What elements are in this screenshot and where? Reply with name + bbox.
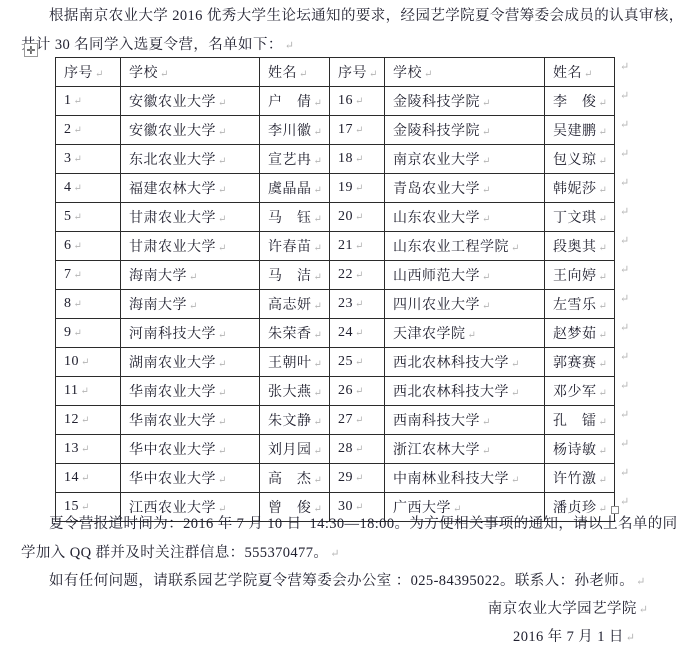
paragraph-mark: ↵: [330, 548, 339, 560]
row-end-mark: ↵: [615, 87, 639, 116]
table-cell: 11↵: [56, 377, 121, 406]
table-cell: 山西师范大学↵: [385, 261, 545, 290]
row-end-mark: ↵: [615, 435, 639, 464]
table-cell: 3↵: [56, 145, 121, 174]
row-end-mark: ↵: [615, 203, 639, 232]
cell-end-mark: ↵: [482, 185, 491, 196]
table-move-handle[interactable]: ✛: [24, 43, 38, 57]
cell-end-mark: ↵: [599, 214, 608, 225]
cell-end-mark: ↵: [74, 299, 83, 310]
table-cell: 华南农业大学↵: [121, 377, 260, 406]
table-cell: 22↵: [330, 261, 385, 290]
paragraph-mark: ↵: [626, 632, 635, 644]
table-row: 3↵东北农业大学↵宣艺冉↵18↵南京农业大学↵包义琼↵↵: [56, 145, 639, 174]
table-cell: 华中农业大学↵: [121, 435, 260, 464]
table-cell: 邓少军↵: [545, 377, 615, 406]
table-cell: 姓名↵: [545, 58, 615, 87]
row-end-mark: ↵: [615, 116, 639, 145]
table-cell: 虞晶晶↵: [260, 174, 330, 203]
cell-end-mark: ↵: [355, 386, 364, 397]
cell-end-mark: ↵: [218, 388, 227, 399]
table-cell: 29↵: [330, 464, 385, 493]
cell-end-mark: ↵: [74, 125, 83, 136]
cell-end-mark: ↵: [314, 127, 323, 138]
row-end-mark: ↵: [615, 406, 639, 435]
table-cell: 李川徽↵: [260, 116, 330, 145]
cell-end-mark: ↵: [314, 214, 323, 225]
table-row: 12↵华南农业大学↵朱文静↵27↵西南科技大学↵孔 镭↵↵: [56, 406, 639, 435]
cell-end-mark: ↵: [599, 388, 608, 399]
table-cell: 12↵: [56, 406, 121, 435]
cell-end-mark: ↵: [218, 243, 227, 254]
table-cell: 韩妮莎↵: [545, 174, 615, 203]
roster-table-body: 1↵安徽农业大学↵户 倩↵16↵金陵科技学院↵李 俊↵↵2↵安徽农业大学↵李川徽…: [56, 87, 639, 522]
table-row: 11↵华南农业大学↵张大燕↵26↵西北农林科技大学↵邓少军↵↵: [56, 377, 639, 406]
table-cell: 段奥其↵: [545, 232, 615, 261]
row-end-mark: ↵: [615, 58, 639, 87]
cell-end-mark: ↵: [599, 127, 608, 138]
cell-end-mark: ↵: [599, 243, 608, 254]
table-cell: 西北农林科技大学↵: [385, 377, 545, 406]
cell-end-mark: ↵: [189, 272, 198, 283]
cell-end-mark: ↵: [314, 330, 323, 341]
table-cell: 马 洁↵: [260, 261, 330, 290]
table-cell: 浙江农林大学↵: [385, 435, 545, 464]
cell-end-mark: ↵: [218, 214, 227, 225]
table-cell: 孔 镭↵: [545, 406, 615, 435]
report-text-2: 学加入 QQ 群并及时关注群信息：555370477。: [21, 545, 328, 561]
cell-end-mark: ↵: [74, 270, 83, 281]
table-cell: 安徽农业大学↵: [121, 116, 260, 145]
table-cell: 14↵: [56, 464, 121, 493]
cell-end-mark: ↵: [482, 127, 491, 138]
cell-end-mark: ↵: [81, 502, 90, 513]
cell-end-mark: ↵: [74, 154, 83, 165]
table-cell: 华中农业大学↵: [121, 464, 260, 493]
intro-text-2: 共计 30 名同学入选夏令营，名单如下：: [21, 37, 283, 53]
report-paragraph-line2: 学加入 QQ 群并及时关注群信息：555370477。↵: [21, 543, 339, 564]
cell-end-mark: ↵: [74, 328, 83, 339]
table-cell: 许春苗↵: [260, 232, 330, 261]
cell-end-mark: ↵: [314, 359, 323, 370]
contact-paragraph: 如有任何问题，请联系园艺学院夏令营筹委会办公室 ：025-84395022。联系…: [49, 571, 645, 592]
table-cell: 28↵: [330, 435, 385, 464]
table-cell: 16↵: [330, 87, 385, 116]
table-cell: 甘肃农业大学↵: [121, 203, 260, 232]
table-cell: 朱文静↵: [260, 406, 330, 435]
cell-end-mark: ↵: [314, 156, 323, 167]
cell-end-mark: ↵: [218, 156, 227, 167]
table-row: 7↵海南大学↵马 洁↵22↵山西师范大学↵王向婷↵↵: [56, 261, 639, 290]
cell-end-mark: ↵: [355, 328, 364, 339]
table-cell: 20↵: [330, 203, 385, 232]
table-cell: 海南大学↵: [121, 290, 260, 319]
table-cell: 学校↵: [385, 58, 545, 87]
cell-end-mark: ↵: [599, 359, 608, 370]
table-cell: 四川农业大学↵: [385, 290, 545, 319]
cell-end-mark: ↵: [218, 330, 227, 341]
table-cell: 1↵: [56, 87, 121, 116]
intro-text-1: 根据南京农业大学 2016 优秀大学生论坛通知的要求，经园艺学院夏令营筹委会成员…: [49, 8, 681, 24]
table-row: 4↵福建农林大学↵虞晶晶↵19↵青岛农业大学↵韩妮莎↵↵: [56, 174, 639, 203]
paragraph-mark: ↵: [636, 576, 645, 588]
cell-end-mark: ↵: [599, 156, 608, 167]
table-cell: 西南科技大学↵: [385, 406, 545, 435]
cell-end-mark: ↵: [355, 444, 364, 455]
table-cell: 9↵: [56, 319, 121, 348]
intro-paragraph-line1: 根据南京农业大学 2016 优秀大学生论坛通知的要求，经园艺学院夏令营筹委会成员…: [49, 6, 681, 26]
roster-table-head: 序号↵学校↵姓名↵序号↵学校↵姓名↵↵: [56, 58, 639, 87]
cell-end-mark: ↵: [424, 69, 433, 80]
table-cell: 27↵: [330, 406, 385, 435]
cell-end-mark: ↵: [314, 388, 323, 399]
paragraph-mark: ↵: [285, 40, 294, 52]
signature-text: 南京农业大学园艺学院: [488, 601, 637, 617]
cell-end-mark: ↵: [218, 185, 227, 196]
table-cell: 山东农业大学↵: [385, 203, 545, 232]
cell-end-mark: ↵: [482, 272, 491, 283]
table-cell: 18↵: [330, 145, 385, 174]
cell-end-mark: ↵: [355, 183, 364, 194]
table-cell: 许竹激↵: [545, 464, 615, 493]
table-cell: 2↵: [56, 116, 121, 145]
cell-end-mark: ↵: [482, 446, 491, 457]
table-cell: 21↵: [330, 232, 385, 261]
cell-end-mark: ↵: [314, 243, 323, 254]
cell-end-mark: ↵: [81, 415, 90, 426]
cell-end-mark: ↵: [74, 212, 83, 223]
cell-end-mark: ↵: [314, 98, 323, 109]
cell-end-mark: ↵: [218, 417, 227, 428]
table-row: 1↵安徽农业大学↵户 倩↵16↵金陵科技学院↵李 俊↵↵: [56, 87, 639, 116]
document-page: 根据南京农业大学 2016 优秀大学生论坛通知的要求，经园艺学院夏令营筹委会成员…: [0, 0, 681, 649]
cell-end-mark: ↵: [482, 98, 491, 109]
table-row: 2↵安徽农业大学↵李川徽↵17↵金陵科技学院↵吴建鹏↵↵: [56, 116, 639, 145]
cell-end-mark: ↵: [355, 241, 364, 252]
table-cell: 金陵科技学院↵: [385, 116, 545, 145]
table-resize-handle[interactable]: [611, 506, 619, 514]
table-cell: 赵梦茹↵: [545, 319, 615, 348]
table-cell: 王向婷↵: [545, 261, 615, 290]
contact-text: 如有任何问题，请联系园艺学院夏令营筹委会办公室 ：025-84395022。联系…: [49, 573, 634, 589]
cell-end-mark: ↵: [599, 417, 608, 428]
table-cell: 安徽农业大学↵: [121, 87, 260, 116]
table-cell: 5↵: [56, 203, 121, 232]
cell-end-mark: ↵: [599, 272, 608, 283]
table-cell: 高志妍↵: [260, 290, 330, 319]
cell-end-mark: ↵: [355, 415, 364, 426]
table-cell: 宣艺冉↵: [260, 145, 330, 174]
table-cell: 海南大学↵: [121, 261, 260, 290]
cell-end-mark: ↵: [314, 446, 323, 457]
row-end-mark: ↵: [615, 145, 639, 174]
table-cell: 华南农业大学↵: [121, 406, 260, 435]
table-row: 10↵湖南农业大学↵王朝叶↵25↵西北农林科技大学↵郭赛赛↵↵: [56, 348, 639, 377]
row-end-mark: ↵: [615, 290, 639, 319]
cell-end-mark: ↵: [599, 475, 608, 486]
cell-end-mark: ↵: [599, 98, 608, 109]
cell-end-mark: ↵: [482, 156, 491, 167]
paragraph-mark: ↵: [639, 604, 648, 616]
table-cell: 26↵: [330, 377, 385, 406]
cell-end-mark: ↵: [355, 502, 364, 513]
move-cross-icon: ✛: [26, 45, 35, 56]
table-cell: 户 倩↵: [260, 87, 330, 116]
row-end-mark: ↵: [615, 232, 639, 261]
row-end-mark: ↵: [615, 261, 639, 290]
table-header-row: 序号↵学校↵姓名↵序号↵学校↵姓名↵↵: [56, 58, 639, 87]
table-row: 5↵甘肃农业大学↵马 钰↵20↵山东农业大学↵丁文琪↵↵: [56, 203, 639, 232]
table-cell: 17↵: [330, 116, 385, 145]
cell-end-mark: ↵: [482, 417, 491, 428]
table-cell: 吴建鹏↵: [545, 116, 615, 145]
table-cell: 张大燕↵: [260, 377, 330, 406]
cell-end-mark: ↵: [482, 301, 491, 312]
cell-end-mark: ↵: [355, 357, 364, 368]
cell-end-mark: ↵: [599, 330, 608, 341]
row-end-mark: ↵: [615, 348, 639, 377]
cell-end-mark: ↵: [74, 241, 83, 252]
report-text-1: 夏令营报道时间为：2016 年 7 月 10 日 14:30—18:00。为方便…: [49, 516, 678, 532]
cell-end-mark: ↵: [468, 330, 477, 341]
cell-end-mark: ↵: [314, 475, 323, 486]
table-cell: 金陵科技学院↵: [385, 87, 545, 116]
table-cell: 25↵: [330, 348, 385, 377]
table-cell: 西北农林科技大学↵: [385, 348, 545, 377]
cell-end-mark: ↵: [511, 388, 520, 399]
table-cell: 7↵: [56, 261, 121, 290]
report-paragraph-line1: 夏令营报道时间为：2016 年 7 月 10 日 14:30—18:00。为方便…: [49, 514, 678, 534]
cell-end-mark: ↵: [314, 417, 323, 428]
cell-end-mark: ↵: [355, 212, 364, 223]
table-cell: 王朝叶↵: [260, 348, 330, 377]
roster-table: 序号↵学校↵姓名↵序号↵学校↵姓名↵↵ 1↵安徽农业大学↵户 倩↵16↵金陵科技…: [55, 57, 639, 522]
table-cell: 郭赛赛↵: [545, 348, 615, 377]
table-row: 13↵华中农业大学↵刘月园↵28↵浙江农林大学↵杨诗敏↵↵: [56, 435, 639, 464]
table-cell: 4↵: [56, 174, 121, 203]
table-cell: 福建农林大学↵: [121, 174, 260, 203]
table-cell: 青岛农业大学↵: [385, 174, 545, 203]
table-cell: 23↵: [330, 290, 385, 319]
cell-end-mark: ↵: [80, 386, 89, 397]
table-cell: 19↵: [330, 174, 385, 203]
table-cell: 丁文琪↵: [545, 203, 615, 232]
table-cell: 10↵: [56, 348, 121, 377]
cell-end-mark: ↵: [314, 301, 323, 312]
table-cell: 24↵: [330, 319, 385, 348]
table-cell: 13↵: [56, 435, 121, 464]
row-end-mark: ↵: [615, 464, 639, 493]
signature-line: 南京农业大学园艺学院↵: [488, 599, 648, 620]
cell-end-mark: ↵: [218, 359, 227, 370]
intro-paragraph-line2: 共计 30 名同学入选夏令营，名单如下：↵: [21, 35, 294, 56]
cell-end-mark: ↵: [355, 473, 364, 484]
date-line: 2016 年 7 月 1 日↵: [513, 627, 635, 648]
row-end-mark: ↵: [615, 174, 639, 203]
cell-end-mark: ↵: [355, 299, 364, 310]
cell-end-mark: ↵: [299, 69, 308, 80]
table-row: 14↵华中农业大学↵高 杰↵29↵中南林业科技大学↵许竹激↵↵: [56, 464, 639, 493]
cell-end-mark: ↵: [74, 183, 83, 194]
table-cell: 河南科技大学↵: [121, 319, 260, 348]
cell-end-mark: ↵: [511, 475, 520, 486]
cell-end-mark: ↵: [314, 185, 323, 196]
cell-end-mark: ↵: [511, 243, 520, 254]
cell-end-mark: ↵: [599, 446, 608, 457]
table-cell: 杨诗敏↵: [545, 435, 615, 464]
cell-end-mark: ↵: [355, 125, 364, 136]
cell-end-mark: ↵: [189, 301, 198, 312]
table-cell: 朱荣香↵: [260, 319, 330, 348]
cell-end-mark: ↵: [81, 357, 90, 368]
table-cell: 南京农业大学↵: [385, 145, 545, 174]
table-cell: 甘肃农业大学↵: [121, 232, 260, 261]
cell-end-mark: ↵: [599, 301, 608, 312]
cell-end-mark: ↵: [369, 69, 378, 80]
table-cell: 6↵: [56, 232, 121, 261]
cell-end-mark: ↵: [584, 69, 593, 80]
cell-end-mark: ↵: [95, 69, 104, 80]
table-cell: 中南林业科技大学↵: [385, 464, 545, 493]
table-cell: 李 俊↵: [545, 87, 615, 116]
table-cell: 8↵: [56, 290, 121, 319]
cell-end-mark: ↵: [482, 214, 491, 225]
cell-end-mark: ↵: [81, 444, 90, 455]
table-row: 6↵甘肃农业大学↵许春苗↵21↵山东农业工程学院↵段奥其↵↵: [56, 232, 639, 261]
cell-end-mark: ↵: [218, 446, 227, 457]
table-row: 9↵河南科技大学↵朱荣香↵24↵天津农学院↵赵梦茹↵↵: [56, 319, 639, 348]
cell-end-mark: ↵: [355, 270, 364, 281]
table-cell: 山东农业工程学院↵: [385, 232, 545, 261]
table-cell: 学校↵: [121, 58, 260, 87]
table-cell: 序号↵: [330, 58, 385, 87]
table-cell: 东北农业大学↵: [121, 145, 260, 174]
row-end-mark: ↵: [615, 319, 639, 348]
cell-end-mark: ↵: [355, 96, 364, 107]
row-end-mark: ↵: [615, 377, 639, 406]
table-row: 8↵海南大学↵高志妍↵23↵四川农业大学↵左雪乐↵↵: [56, 290, 639, 319]
table-cell: 刘月园↵: [260, 435, 330, 464]
table-cell: 姓名↵: [260, 58, 330, 87]
cell-end-mark: ↵: [218, 98, 227, 109]
table-cell: 湖南农业大学↵: [121, 348, 260, 377]
cell-end-mark: ↵: [314, 272, 323, 283]
cell-end-mark: ↵: [81, 473, 90, 484]
cell-end-mark: ↵: [218, 127, 227, 138]
table-cell: 序号↵: [56, 58, 121, 87]
date-text: 2016 年 7 月 1 日: [513, 629, 624, 645]
table-cell: 天津农学院↵: [385, 319, 545, 348]
table-cell: 包义琼↵: [545, 145, 615, 174]
cell-end-mark: ↵: [160, 69, 169, 80]
table-cell: 左雪乐↵: [545, 290, 615, 319]
cell-end-mark: ↵: [218, 475, 227, 486]
cell-end-mark: ↵: [599, 185, 608, 196]
cell-end-mark: ↵: [511, 359, 520, 370]
table-cell: 马 钰↵: [260, 203, 330, 232]
table-cell: 高 杰↵: [260, 464, 330, 493]
cell-end-mark: ↵: [74, 96, 83, 107]
cell-end-mark: ↵: [355, 154, 364, 165]
